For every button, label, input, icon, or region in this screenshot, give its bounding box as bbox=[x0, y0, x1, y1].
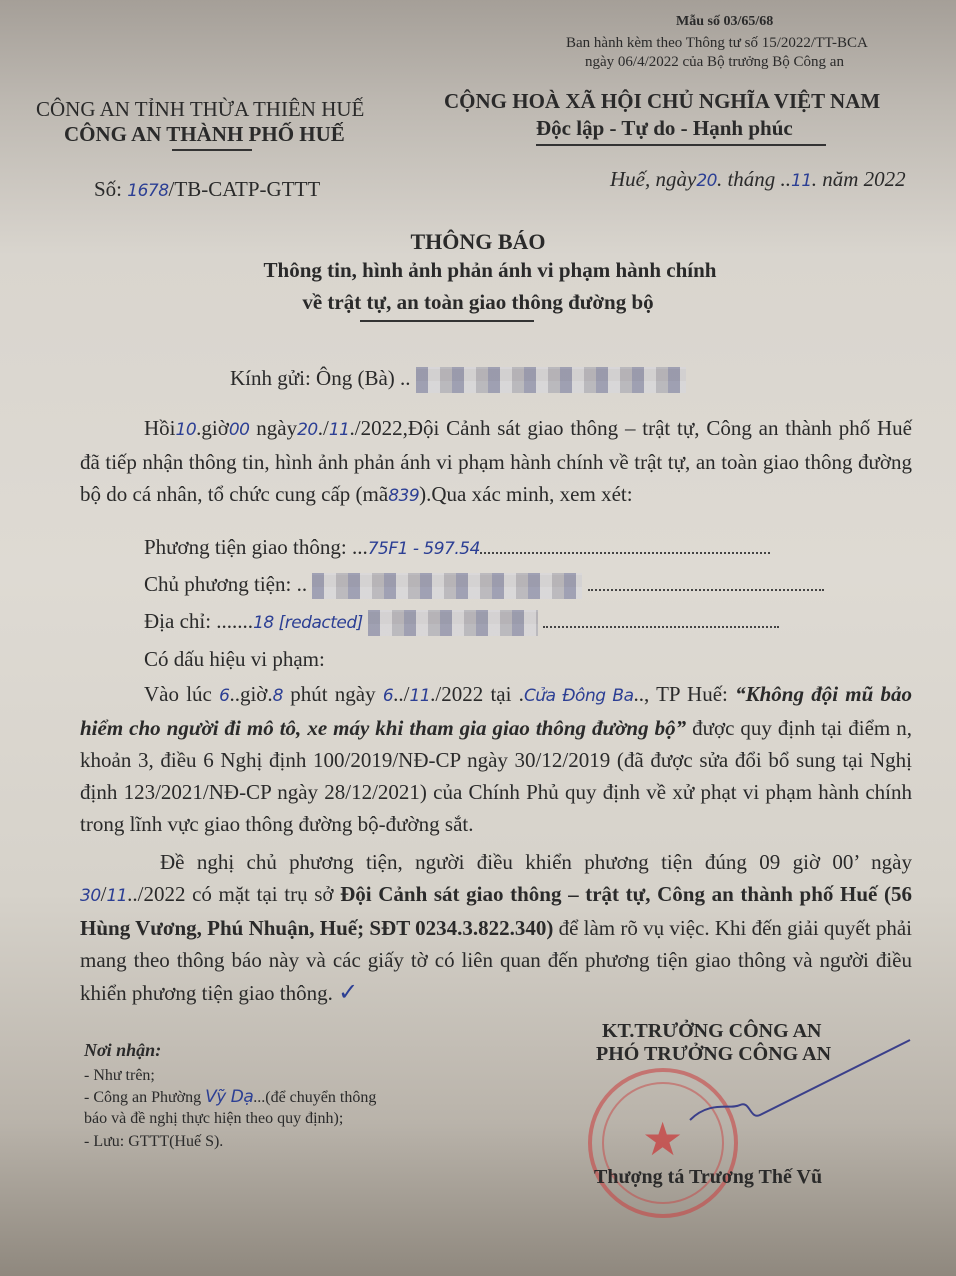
number-label: Số: bbox=[94, 177, 122, 201]
title-main: THÔNG BÁO bbox=[0, 229, 956, 255]
title-underline bbox=[360, 320, 534, 322]
violation-hour: 6 bbox=[219, 686, 229, 706]
agency-parent: CÔNG AN TỈNH THỪA THIÊN HUẾ bbox=[36, 97, 364, 122]
intro-paragraph: Hồi10.giờ00 ngày20./11./2022,Đội Cảnh sá… bbox=[80, 412, 912, 512]
address-value: 18 [redacted] bbox=[253, 613, 363, 633]
recipient-item: - Như trên; bbox=[84, 1067, 155, 1085]
violation-text: ./2022 tại . bbox=[430, 682, 524, 706]
intro-month: 11 bbox=[329, 420, 350, 440]
form-issued-with: Ban hành kèm theo Thông tư số 15/2022/TT… bbox=[566, 35, 868, 52]
vehicle-label: Phương tiện giao thông: ... bbox=[144, 535, 368, 559]
recipient-line: Kính gửi: Ông (Bà) .. bbox=[230, 362, 686, 394]
address-redacted bbox=[368, 610, 538, 636]
recipients-title: Nơi nhận: bbox=[84, 1040, 161, 1061]
dotted-line bbox=[543, 626, 779, 628]
owner-value-redacted bbox=[312, 573, 582, 599]
request-text: Đề nghị chủ phương tiện, người điều khiể… bbox=[160, 850, 912, 874]
ward-handwritten: Vỹ Dạ bbox=[205, 1087, 253, 1107]
document-number: Số: 1678/TB-CATP-GTTT bbox=[94, 173, 320, 207]
number-handwritten: 1678 bbox=[127, 181, 168, 201]
form-issued-date: ngày 06/4/2022 của Bộ trưởng Bộ Công an bbox=[585, 54, 844, 71]
form-number: Mẫu số 03/65/68 bbox=[676, 14, 773, 30]
nation-motto: Độc lập - Tự do - Hạnh phúc bbox=[536, 116, 793, 141]
date-year: . năm 2022 bbox=[812, 167, 906, 191]
request-paragraph: Đề nghị chủ phương tiện, người điều khiể… bbox=[80, 846, 912, 1009]
checkmark-icon: ✓ bbox=[338, 978, 358, 1006]
violation-minute: 8 bbox=[273, 686, 283, 706]
vehicle-field: Phương tiện giao thông: ...75F1 - 597.54 bbox=[144, 531, 770, 565]
intro-text: ).Qua xác minh, xem xét: bbox=[419, 482, 632, 506]
recipient-label: Kính gửi: Ông (Bà) .. bbox=[230, 366, 411, 390]
issue-date: Huế, ngày20. tháng ..11. năm 2022 bbox=[610, 163, 906, 197]
nation-name: CỘNG HOÀ XÃ HỘI CHỦ NGHĨA VIỆT NAM bbox=[444, 89, 880, 114]
intro-hour: 10 bbox=[176, 420, 197, 440]
intro-text: Hồi bbox=[144, 416, 176, 440]
violation-text: Vào lúc bbox=[144, 682, 219, 706]
star-icon: ★ bbox=[642, 1112, 683, 1166]
owner-label: Chủ phương tiện: .. bbox=[144, 572, 307, 596]
owner-field: Chủ phương tiện: .. bbox=[144, 568, 824, 600]
recipient-item: - Lưu: GTTT(Huế S). bbox=[84, 1133, 223, 1151]
date-month-label: . tháng .. bbox=[717, 167, 791, 191]
recipient-item: báo và đề nghị thực hiện theo quy định); bbox=[84, 1110, 343, 1128]
number-suffix: /TB-CATP-GTTT bbox=[169, 177, 321, 201]
ward-suffix: ...(để chuyển thông bbox=[253, 1089, 376, 1106]
recipient-item-text: - Công an Phường bbox=[84, 1089, 201, 1106]
signer-name: Thượng tá Trương Thế Vũ bbox=[594, 1166, 822, 1189]
request-text: ../2022 có mặt tại trụ sở bbox=[127, 882, 340, 906]
intro-code: 839 bbox=[388, 486, 419, 506]
violation-text: .., TP Huế: bbox=[634, 682, 728, 706]
violation-place: Cửa Đông Ba bbox=[524, 686, 634, 706]
agency-underline bbox=[172, 149, 252, 151]
recipient-name-redacted bbox=[416, 367, 686, 393]
violation-month: 11 bbox=[410, 686, 431, 706]
intro-text: ngày bbox=[249, 416, 297, 440]
request-day: 30 bbox=[80, 886, 101, 906]
agency-unit-text: CÔNG AN THÀNH PHỐ HUẾ bbox=[64, 122, 345, 146]
dotted-line bbox=[588, 589, 824, 591]
dotted-line bbox=[480, 552, 770, 554]
vehicle-value: 75F1 - 597.54 bbox=[368, 539, 480, 559]
request-month: 11 bbox=[106, 886, 127, 906]
signature-icon bbox=[680, 1020, 920, 1130]
date-day: 20 bbox=[696, 171, 717, 191]
intro-text: ./ bbox=[318, 416, 329, 440]
date-prefix: Huế, ngày bbox=[610, 167, 696, 191]
title-sub1: Thông tin, hình ảnh phản ánh vi phạm hàn… bbox=[0, 258, 956, 283]
violation-paragraph: Vào lúc 6..giờ.8 phút ngày 6../11./2022 … bbox=[80, 678, 912, 840]
document-page: Mẫu số 03/65/68 Ban hành kèm theo Thông … bbox=[0, 0, 956, 1276]
title-sub2: về trật tự, an toàn giao thông đường bộ bbox=[0, 290, 956, 315]
intro-day: 20 bbox=[297, 420, 318, 440]
date-month: 11 bbox=[791, 171, 812, 191]
recipient-item: - Công an Phường Vỹ Dạ...(để chuyển thôn… bbox=[84, 1087, 376, 1107]
address-label: Địa chỉ: ....... bbox=[144, 609, 253, 633]
intro-minute: 00 bbox=[229, 420, 250, 440]
violation-label: Có dấu hiệu vi phạm: bbox=[144, 643, 325, 675]
intro-text: .giờ bbox=[196, 416, 229, 440]
violation-text: ..giờ. bbox=[229, 682, 272, 706]
violation-text: ../ bbox=[393, 682, 409, 706]
motto-underline bbox=[536, 144, 826, 146]
violation-text: phút ngày bbox=[283, 682, 383, 706]
address-field: Địa chỉ: .......18 [redacted] bbox=[144, 605, 779, 639]
violation-day: 6 bbox=[383, 686, 393, 706]
agency-unit: CÔNG AN THÀNH PHỐ HUẾ bbox=[64, 122, 345, 147]
